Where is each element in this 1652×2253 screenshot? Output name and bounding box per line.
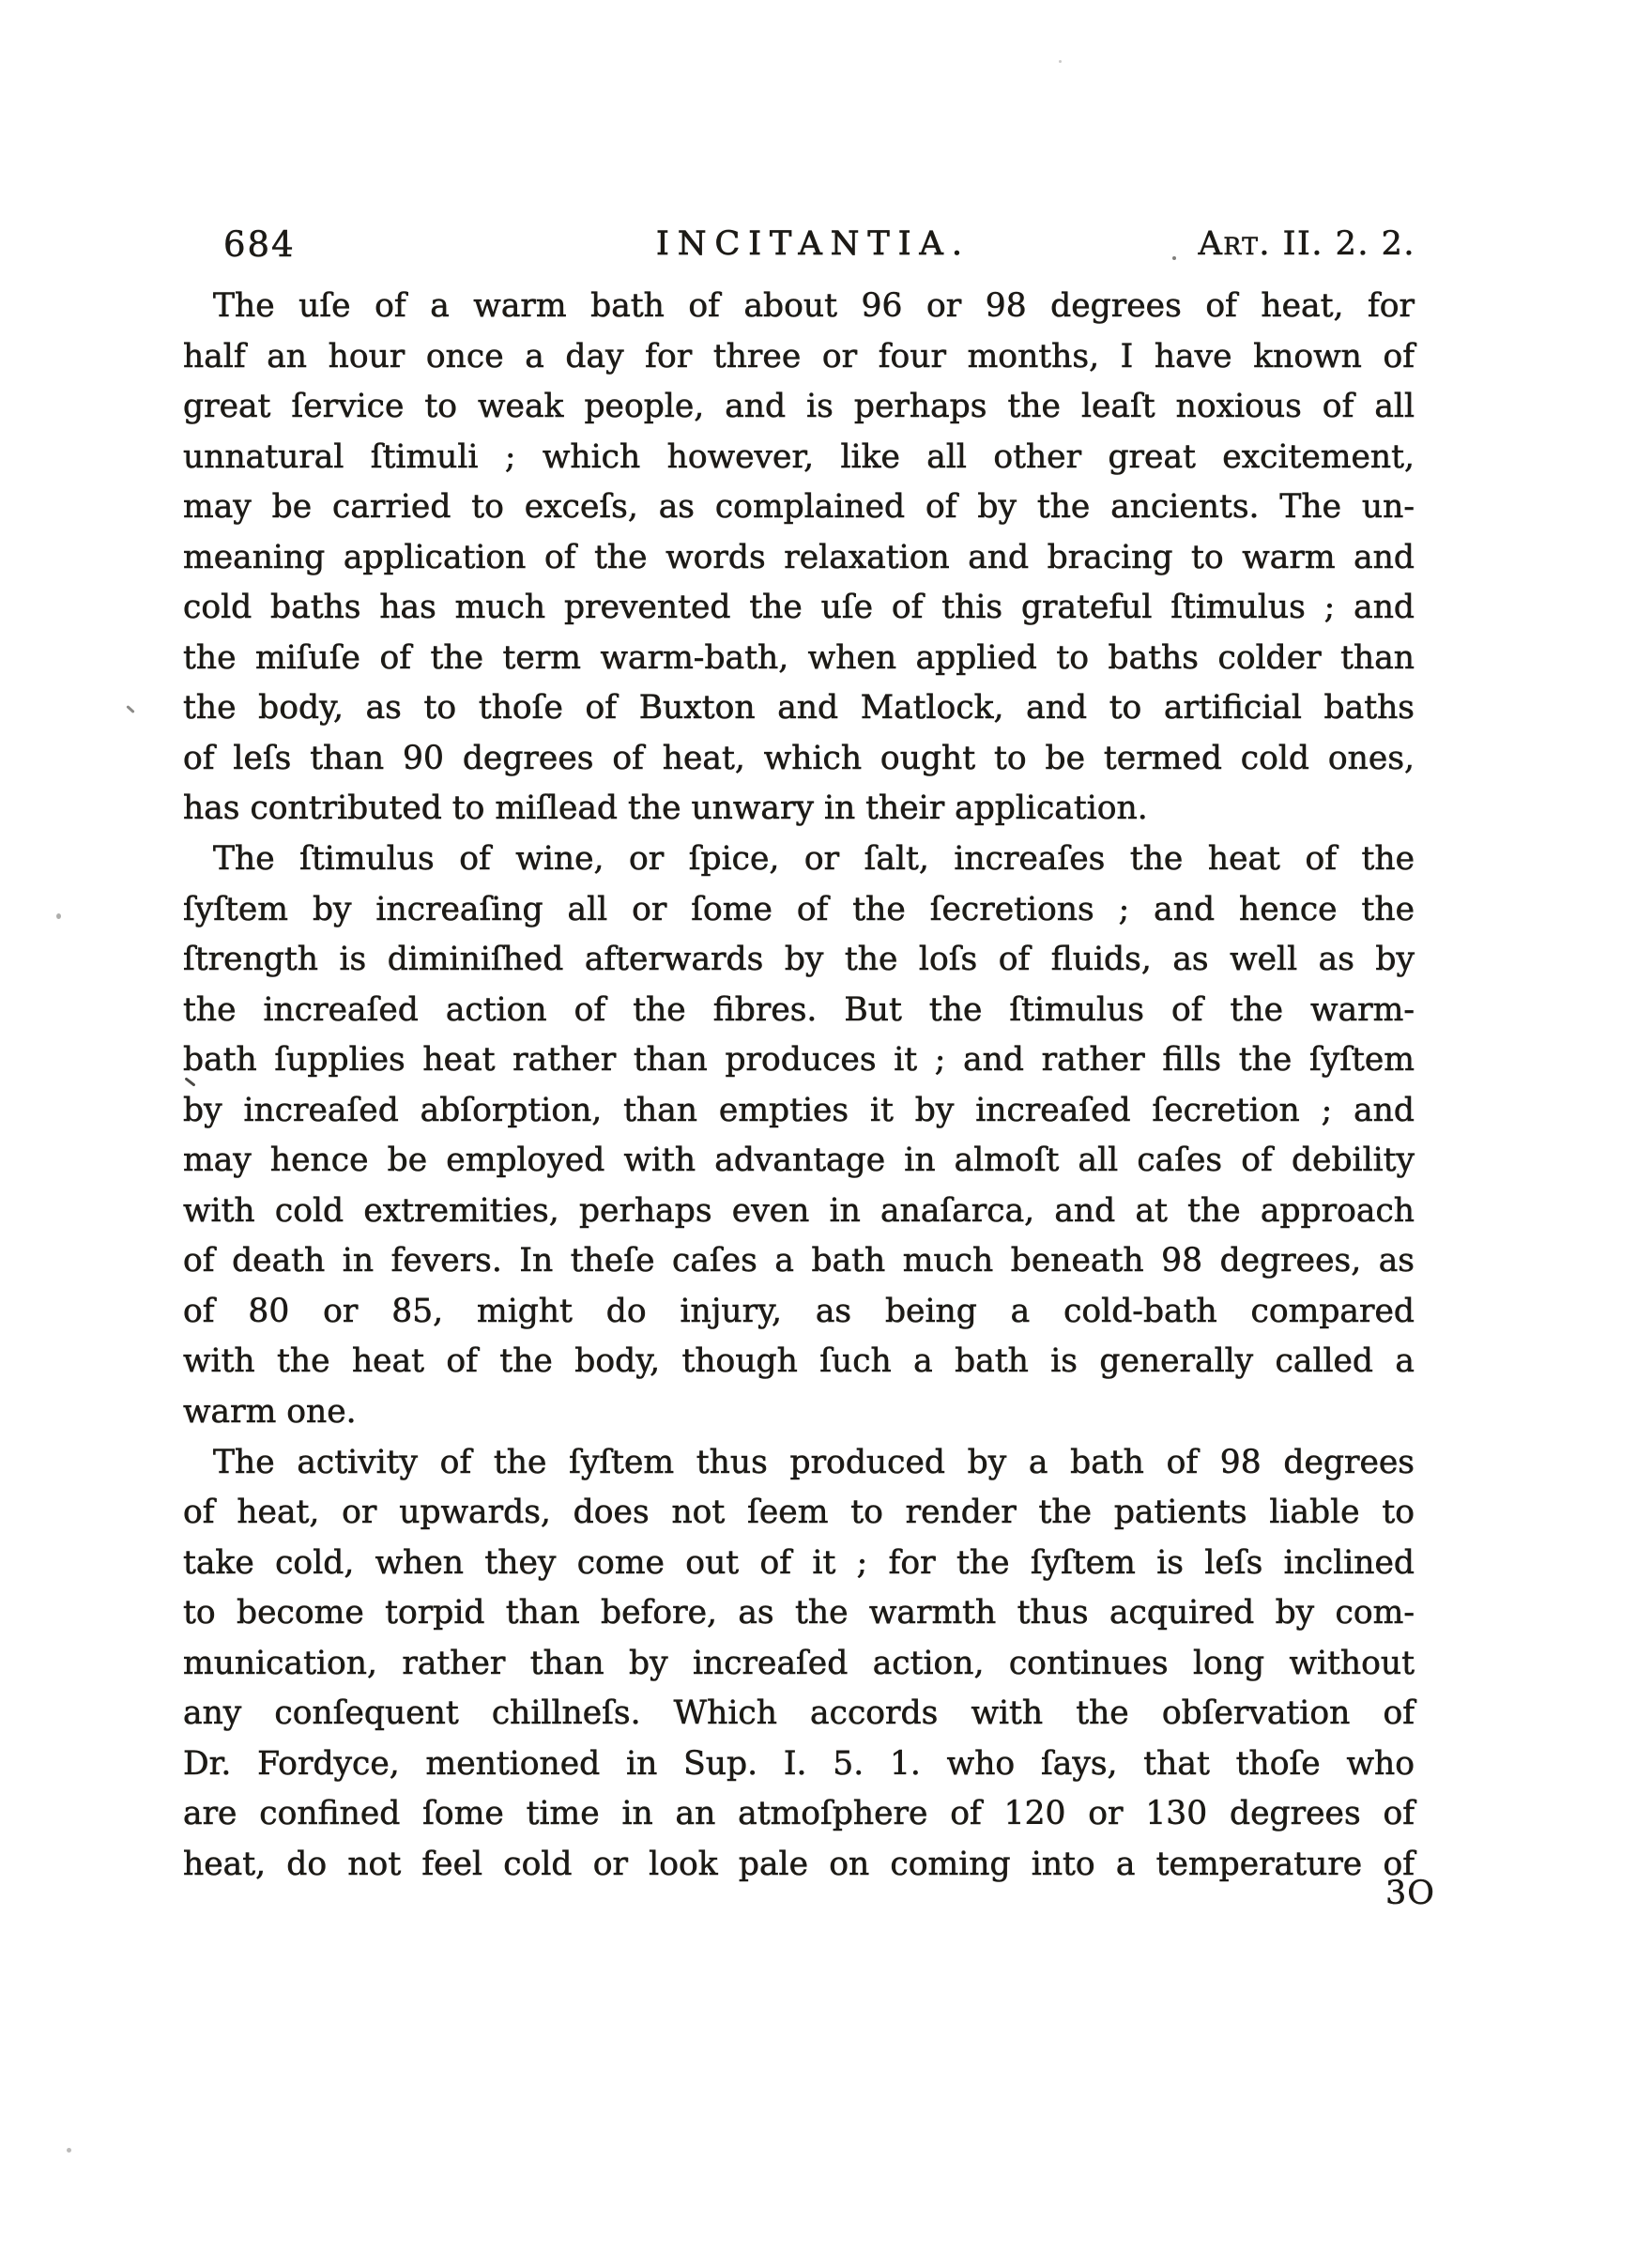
scan-artifact — [56, 913, 61, 919]
text-line: ſtrength is diminiſhed afterwards by the… — [183, 935, 1415, 986]
text-line: with cold extremities, perhaps even in a… — [183, 1187, 1415, 1237]
scan-artifact — [1172, 256, 1176, 260]
text-line: of death in fevers. In theſe caſes a bat… — [183, 1236, 1415, 1287]
text-line: The ſtimulus of wine, or ſpice, or ſalt,… — [183, 835, 1415, 885]
text-line: any conſequent chillneſs. Which accords … — [183, 1689, 1415, 1740]
text-line: to become torpid than before, as the war… — [183, 1588, 1415, 1639]
text-line: may be carried to exceſs, as complained … — [183, 483, 1415, 533]
text-line: the miſuſe of the term warm-bath, when a… — [183, 634, 1415, 684]
page-number: 684 — [223, 227, 296, 262]
scan-artifact — [126, 705, 134, 713]
running-title: INCITANTIA. — [656, 228, 971, 261]
text-line: may hence be employed with advantage in … — [183, 1136, 1415, 1187]
body-text: The uſe of a warm bath of about 96 or 98… — [183, 282, 1415, 1891]
text-line: of heat, or upwards, does not ſeem to re… — [183, 1488, 1415, 1539]
text-line: has contributed to miſlead the unwary in… — [183, 784, 1415, 835]
text-line: are confined ſome time in an atmoſphere … — [183, 1789, 1415, 1840]
text-line: great ſervice to weak people, and is per… — [183, 382, 1415, 433]
text-line: The activity of the ſyſtem thus produced… — [183, 1438, 1415, 1489]
book-page: 684 INCITANTIA. Art. II. 2. 2. The uſe o… — [0, 0, 1652, 2253]
text-line: ſyſtem by increaſing all or ſome of the … — [183, 885, 1415, 936]
text-line: meaning application of the words relaxat… — [183, 533, 1415, 584]
text-line: munication, rather than by increaſed act… — [183, 1639, 1415, 1690]
signature-mark: 3O — [1385, 1877, 1435, 1910]
text-line: by increaſed abſorption, than empties it… — [183, 1086, 1415, 1137]
text-line: The uſe of a warm bath of about 96 or 98… — [183, 282, 1415, 332]
text-line: with the heat of the body, though ſuch a… — [183, 1337, 1415, 1387]
text-line: take cold, when they come out of it ; fo… — [183, 1539, 1415, 1589]
text-line: of leſs than 90 degrees of heat, which o… — [183, 734, 1415, 785]
article-reference: Art. II. 2. 2. — [1199, 228, 1415, 261]
scan-artifact — [67, 2148, 71, 2153]
text-line: heat, do not feel cold or look pale on c… — [183, 1840, 1415, 1891]
text-line: unnatural ſtimuli ; which however, like … — [183, 433, 1415, 483]
text-line: warm one. — [183, 1387, 1415, 1438]
text-line: half an hour once a day for three or fou… — [183, 332, 1415, 383]
text-line: the body, as to thoſe of Buxton and Matl… — [183, 683, 1415, 734]
text-line: Dr. Fordyce, mentioned in Sup. I. 5. 1. … — [183, 1740, 1415, 1790]
text-line: of 80 or 85, might do injury, as being a… — [183, 1287, 1415, 1338]
scan-artifact — [1059, 60, 1062, 63]
text-line: cold baths has much prevented the uſe of… — [183, 583, 1415, 634]
text-line: bath ſupplies heat rather than produces … — [183, 1035, 1415, 1086]
text-line: the increaſed action of the fibres. But … — [183, 986, 1415, 1036]
